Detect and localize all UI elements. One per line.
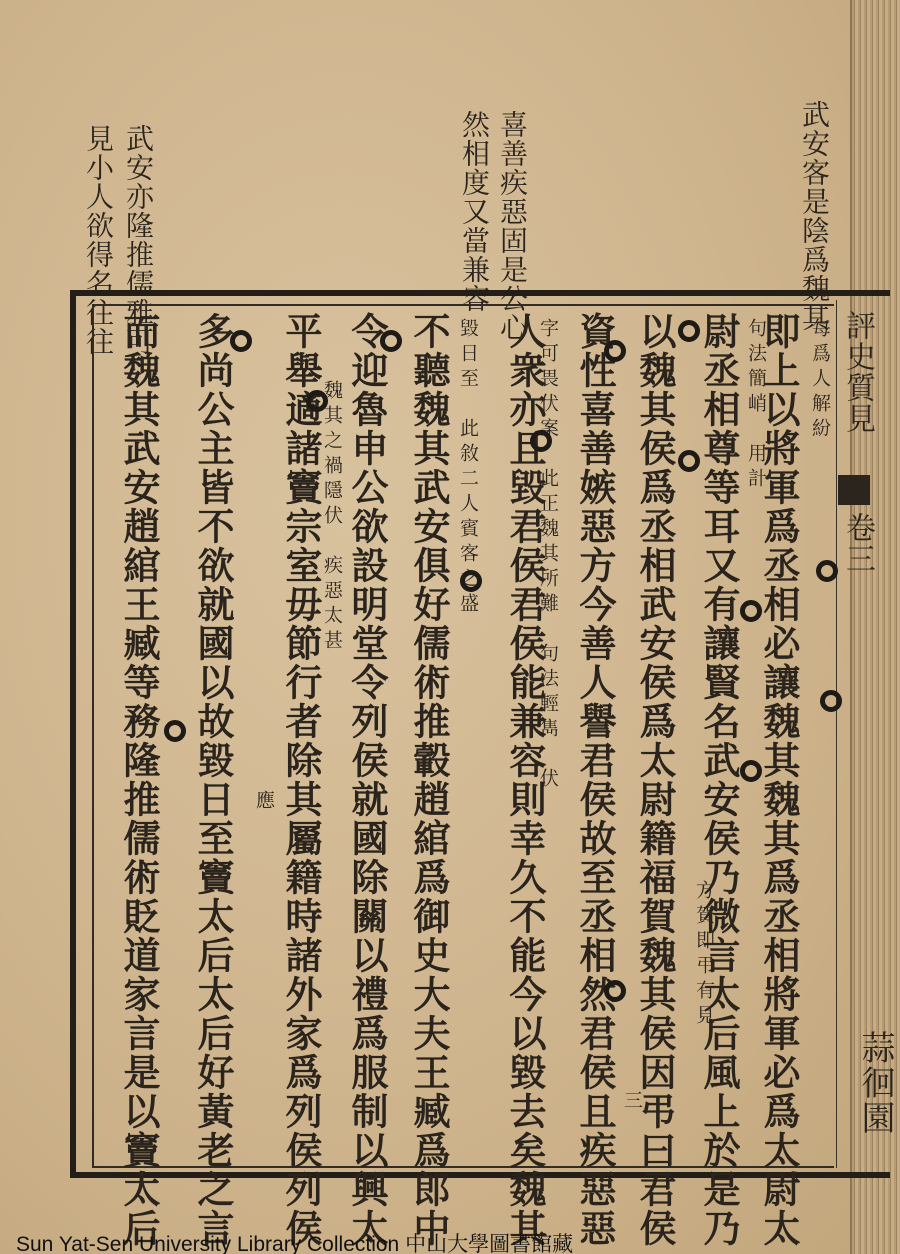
emphasis-circle xyxy=(460,570,482,592)
emphasis-circle xyxy=(740,600,762,622)
gloss-column-1: 每爲人解紛 xyxy=(810,318,829,443)
volume-label: 卷三 xyxy=(842,512,872,574)
text-column-10: 而魏其武安趙綰王臧等務隆推儒術貶道家言是以竇太后 xyxy=(120,312,157,1248)
emphasis-circle xyxy=(164,720,186,742)
emphasis-circle xyxy=(380,330,402,352)
text-column-6: 不聽魏其武安俱好儒術推轂趙綰爲御史大夫王臧爲郎中 xyxy=(410,312,447,1248)
text-column-9: 多尚公主皆不欲就國以故毀日至竇太后太后好黃老之言 xyxy=(194,312,231,1248)
book-title: 評史質見 xyxy=(842,310,872,434)
gloss-column-4: 三 xyxy=(622,1090,641,1115)
emphasis-circle xyxy=(530,430,552,452)
gloss-column-9: 應 xyxy=(254,790,273,815)
gloss-column-2: 句法簡峭 用計 xyxy=(746,318,765,493)
text-column-7: 令迎魯申公欲設明堂令列侯就國除關以禮爲服制以興太 xyxy=(348,312,385,1248)
emphasis-circle xyxy=(604,980,626,1002)
gloss-column-8: 魏其之禍隱伏 疾惡太甚 xyxy=(322,380,341,655)
text-column-2: 尉丞相尊等耳又有讓賢名武安侯乃微言太后風上於是乃 xyxy=(700,312,737,1248)
fishtail-mark xyxy=(838,475,870,505)
text-column-4: 資性喜善嫉惡方今善人譽君侯故至丞相然君侯且疾惡惡 xyxy=(576,312,613,1248)
emphasis-circle xyxy=(678,320,700,342)
text-column-8: 平舉適諸竇宗室毋節行者除其屬籍時諸外家爲列侯列侯 xyxy=(282,312,319,1248)
emphasis-circle xyxy=(816,560,838,582)
emphasis-circle xyxy=(820,690,842,712)
emphasis-circle xyxy=(604,340,626,362)
publisher-mark: 蒜徊園 xyxy=(858,1030,892,1135)
gloss-column-3: 方賀即弔有見 xyxy=(694,880,713,1030)
emphasis-circle xyxy=(230,330,252,352)
library-credit: Sun Yat-Sen University Library Collectio… xyxy=(16,1228,573,1254)
gloss-column-5: 字可畏伏案 此正魏其所難 句法輕雋 伏 xyxy=(538,318,557,793)
top-note-middle-2: 然相度又當兼容 xyxy=(460,110,488,313)
emphasis-circle xyxy=(740,760,762,782)
emphasis-circle xyxy=(678,450,700,472)
emphasis-circle xyxy=(306,390,328,412)
margin-rule xyxy=(836,300,837,1168)
